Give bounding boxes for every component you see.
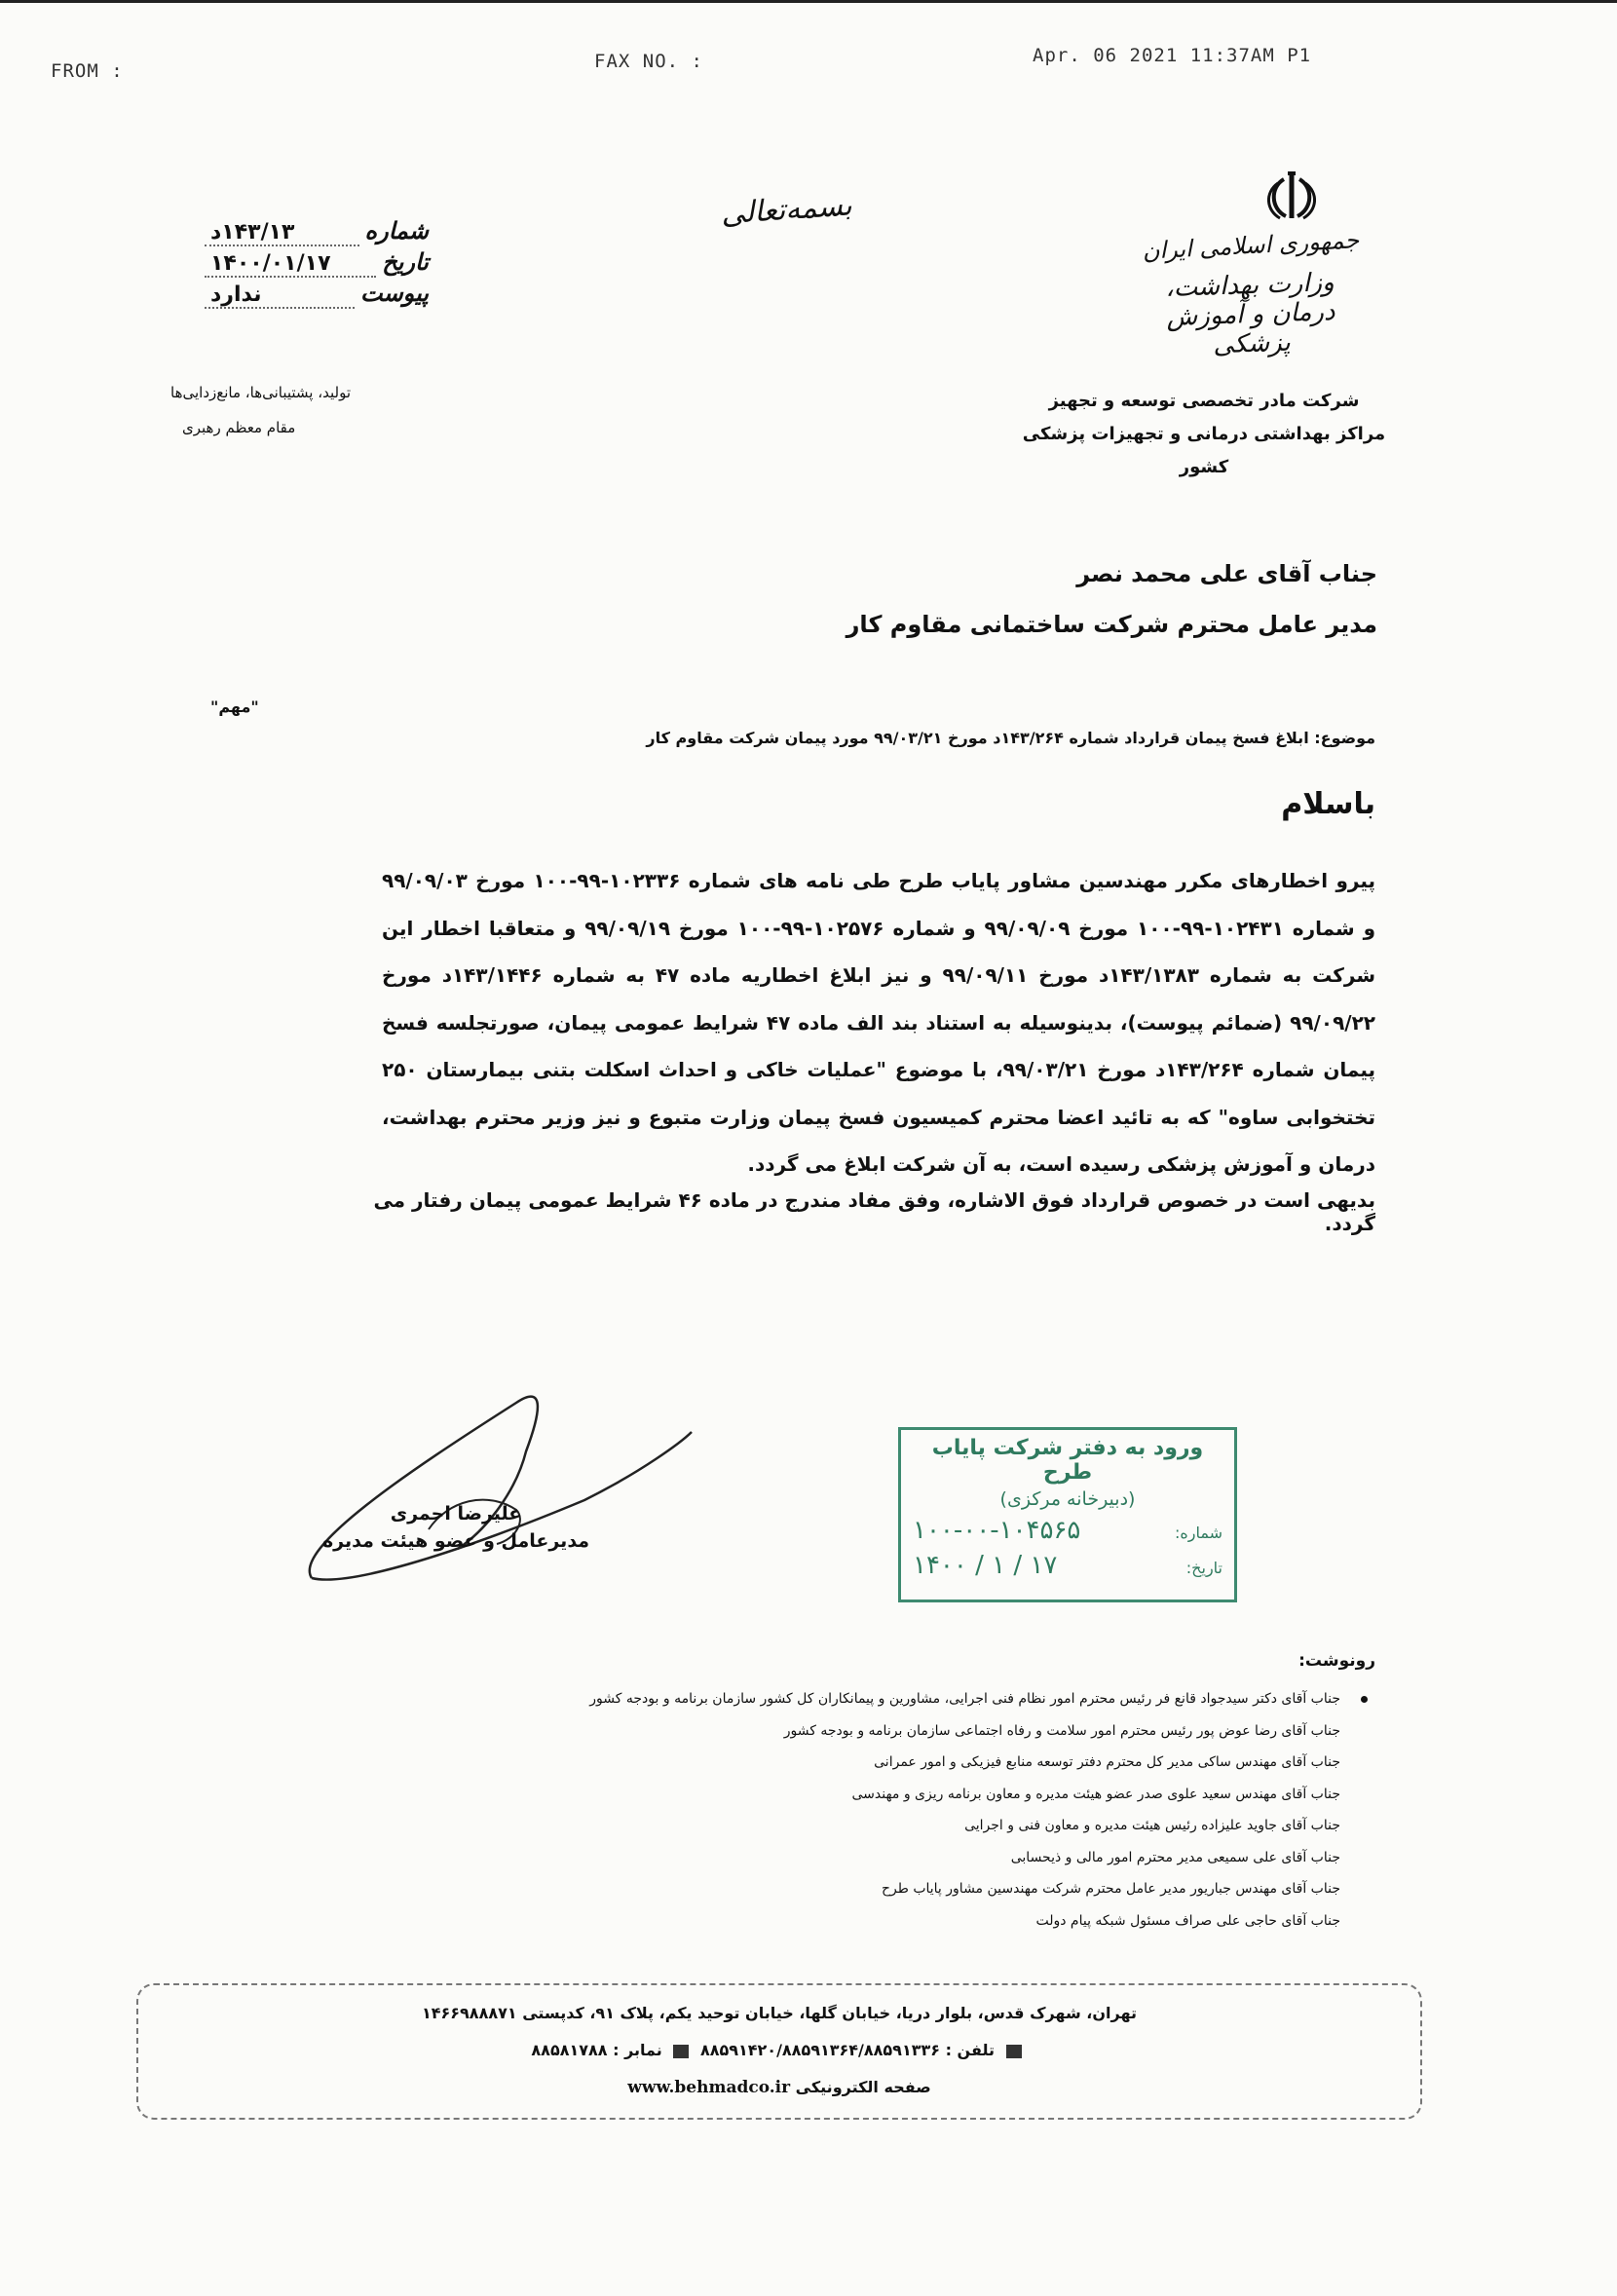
cc-item: جناب آقای مهندس سعید علوی صدر عضو هیئت م… (401, 1779, 1375, 1811)
footer-contact-box: تهران، شهرک قدس، بلوار دریا، خیابان گلها… (136, 1983, 1422, 2120)
fax-timestamp: Apr. 06 2021 11:37AM P1 (1033, 45, 1311, 66)
footer-web-row: صفحه الکترونیکی www.behmadco.ir (138, 2069, 1420, 2106)
signatory: علیرضا احمری مدیرعامل و عضو هیئت مدیره (310, 1500, 602, 1555)
web-label: صفحه الکترونیکی (796, 2078, 931, 2096)
attachment-value: ندارد (205, 282, 355, 309)
iran-emblem-icon (1262, 168, 1321, 226)
attachment-label: پیوست (360, 279, 429, 307)
fax-number: ۸۸۵۸۱۷۸۸ (531, 2041, 607, 2059)
cc-item: جناب آقای مهندس جباریور مدیر عامل محترم … (401, 1873, 1375, 1905)
date-label: تاریخ (382, 247, 429, 276)
date-value: ۱۴۰۰/۰۱/۱۷ (205, 251, 376, 278)
org-line-1: شرکت مادر تخصصی توسعه و تجهیز (999, 385, 1409, 418)
cc-title: رونوشت: (1298, 1651, 1375, 1671)
stamp-title: ورود به دفتر شرکت پایاب طرح (913, 1436, 1222, 1485)
subject-line: موضوع: ابلاغ فسخ پیمان قرارداد شماره ۱۴۳… (304, 729, 1375, 747)
org-line-2: مراکز بهداشتی درمانی و تجهیزات پزشکی کشو… (999, 418, 1409, 484)
phone-label: تلفن : (946, 2041, 995, 2059)
meta-attachment: پیوست ندارد (205, 279, 429, 310)
fax-edge-line (0, 0, 1617, 3)
slogan: تولید، پشتیبانی‌ها، مانع‌زدایی‌ها مقام م… (170, 375, 419, 445)
number-label: شماره (365, 216, 429, 245)
cc-item: جناب آقای حاجی علی صراف مسئول شبکه پیام … (401, 1905, 1375, 1938)
fax-number-label: FAX NO. : (594, 51, 703, 72)
organization-name: شرکت مادر تخصصی توسعه و تجهیز مراکز بهدا… (999, 385, 1409, 484)
signatory-name: علیرضا احمری (310, 1500, 602, 1527)
website-link[interactable]: www.behmadco.ir (627, 2078, 790, 2097)
republic-title: جمهوری اسلامی ایران (1133, 226, 1368, 266)
letter-meta: شماره ۱۴۳/۱۳د تاریخ ۱۴۰۰/۰۱/۱۷ پیوست ندا… (205, 216, 429, 310)
stamp-subtitle: (دبیرخانه مرکزی) (913, 1488, 1222, 1510)
addressee-title: مدیر عامل محترم شرکت ساختمانی مقاوم کار (846, 611, 1377, 638)
addressee-name: جناب آقای علی محمد نصر (846, 560, 1377, 587)
fax-from-label: FROM : (51, 60, 124, 82)
cc-item: جناب آقای علی سمیعی مدیر محترم امور مالی… (401, 1842, 1375, 1874)
slogan-line-2: مقام معظم رهبری (170, 410, 419, 445)
meta-date: تاریخ ۱۴۰۰/۰۱/۱۷ (205, 247, 429, 279)
fax-label: نمابر : (613, 2041, 662, 2059)
fax-document: FROM : FAX NO. : Apr. 06 2021 11:37AM P1… (0, 0, 1617, 2296)
slogan-line-1: تولید، پشتیبانی‌ها، مانع‌زدایی‌ها (170, 375, 419, 410)
greeting: باسلام (1281, 787, 1375, 821)
stamp-number-label: شماره: (1175, 1524, 1222, 1542)
stamp-number-value: ۱۰۰-۰۰-۱۰۴۵۶۵ (913, 1516, 1080, 1545)
letter-body: پیرو اخطارهای مکرر مهندسین مشاور پایاب ط… (382, 857, 1375, 1188)
cc-list: جناب آقای دکتر سیدجواد قانع فر رئیس محتر… (401, 1683, 1375, 1937)
cc-item: جناب آقای جاوید علیزاده رئیس هیئت مدیره … (401, 1810, 1375, 1842)
phone-icon (1006, 2045, 1022, 2058)
stamp-date-value: ۱۴۰۰ / ۱ / ۱۷ (913, 1551, 1057, 1580)
cc-item: جناب آقای دکتر سیدجواد قانع فر رئیس محتر… (401, 1683, 1375, 1715)
ministry-header: جمهوری اسلامی ایران وزارت بهداشت، درمان … (1134, 232, 1368, 358)
stamp-number-row: شماره: ۱۰۰-۰۰-۱۰۴۵۶۵ (913, 1516, 1222, 1545)
footer-phone-row: تلفن : ۸۸۵۹۱۴۲۰/۸۸۵۹۱۳۶۴/۸۸۵۹۱۳۳۶ نمابر … (138, 2032, 1420, 2069)
ministry-title: وزارت بهداشت، درمان و آموزش پزشکی (1133, 267, 1370, 362)
stamp-date-label: تاریخ: (1186, 1559, 1222, 1577)
meta-number: شماره ۱۴۳/۱۳د (205, 216, 429, 247)
addressee: جناب آقای علی محمد نصر مدیر عامل محترم ش… (846, 560, 1377, 638)
fax-icon (673, 2045, 689, 2058)
cc-item: جناب آقای مهندس ساکی مدیر کل محترم دفتر … (401, 1747, 1375, 1779)
footer-address: تهران، شهرک قدس، بلوار دریا، خیابان گلها… (422, 2004, 1137, 2022)
cc-item: جناب آقای رضا عوض پور رئیس محترم امور سل… (401, 1715, 1375, 1748)
body-paragraph-2: بدیهی است در خصوص قرارداد فوق الاشاره، و… (372, 1188, 1375, 1235)
received-stamp: ورود به دفتر شرکت پایاب طرح (دبیرخانه مر… (898, 1427, 1237, 1602)
body-paragraph-1: پیرو اخطارهای مکرر مهندسین مشاور پایاب ط… (382, 857, 1375, 1188)
number-value: ۱۴۳/۱۳د (205, 220, 359, 246)
basmala: بسمه‌تعالی (720, 188, 853, 231)
footer-address-row: تهران، شهرک قدس، بلوار دریا، خیابان گلها… (138, 1995, 1420, 2032)
stamp-date-row: تاریخ: ۱۴۰۰ / ۱ / ۱۷ (913, 1551, 1222, 1580)
importance-label: "مهم" (210, 697, 259, 716)
signatory-title: مدیرعامل و عضو هیئت مدیره (310, 1527, 602, 1555)
phone-numbers: ۸۸۵۹۱۴۲۰/۸۸۵۹۱۳۶۴/۸۸۵۹۱۳۳۶ (700, 2041, 940, 2059)
